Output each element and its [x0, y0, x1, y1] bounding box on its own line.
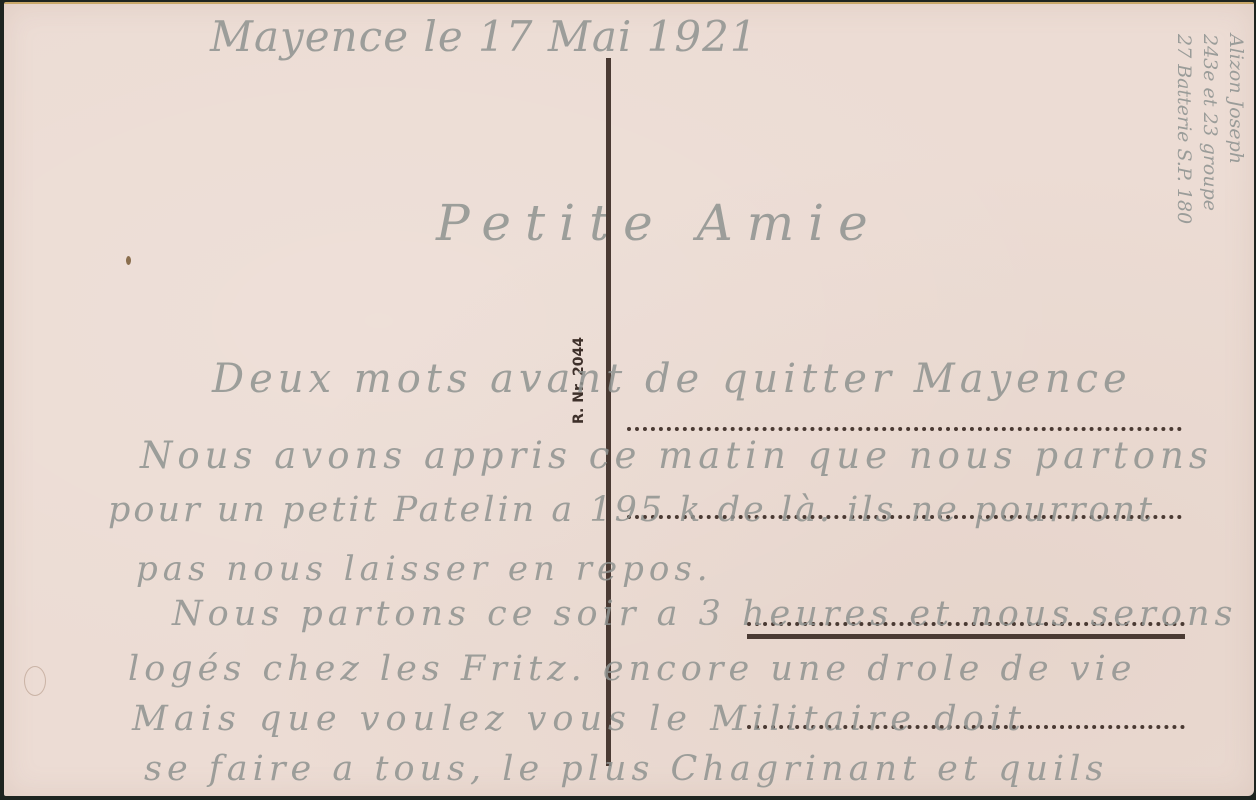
- greeting: Petite Amie: [436, 194, 882, 252]
- paper-stain: [24, 666, 46, 696]
- message-line: pour un petit Patelin a 195 k de là. ils…: [108, 490, 1155, 530]
- message-line: Deux mots avant de quitter Mayence: [212, 356, 1132, 402]
- sender-note: Alizon Joseph 243e et 23 groupe 27 Batte…: [1171, 34, 1249, 224]
- message-line: se faire a tous, le plus Chagrinant et q…: [144, 749, 1108, 789]
- address-underline-bar: [747, 634, 1185, 639]
- message-line: Nous avons appris ce matin que nous part…: [140, 434, 1213, 477]
- sender-note-line: Alizon Joseph: [1223, 34, 1249, 224]
- message-line: Mais que voulez vous le Militaire doit: [132, 699, 1027, 739]
- place-date: Mayence le 17 Mai 1921: [210, 12, 758, 61]
- postcard-back: Mayence le 17 Mai 1921 Petite Amie R. Nr…: [4, 2, 1254, 796]
- message-line: Nous partons ce soir a 3 heures et nous …: [172, 594, 1237, 634]
- sender-note-line: 243e et 23 groupe: [1197, 34, 1223, 224]
- paper-speck: [126, 256, 131, 265]
- message-line: pas nous laisser en repos.: [136, 549, 713, 589]
- sender-note-line: 27 Batterie S.P. 180: [1171, 34, 1197, 224]
- address-line-1: [627, 427, 1182, 431]
- message-line: logés chez les Fritz. encore une drole d…: [128, 649, 1136, 689]
